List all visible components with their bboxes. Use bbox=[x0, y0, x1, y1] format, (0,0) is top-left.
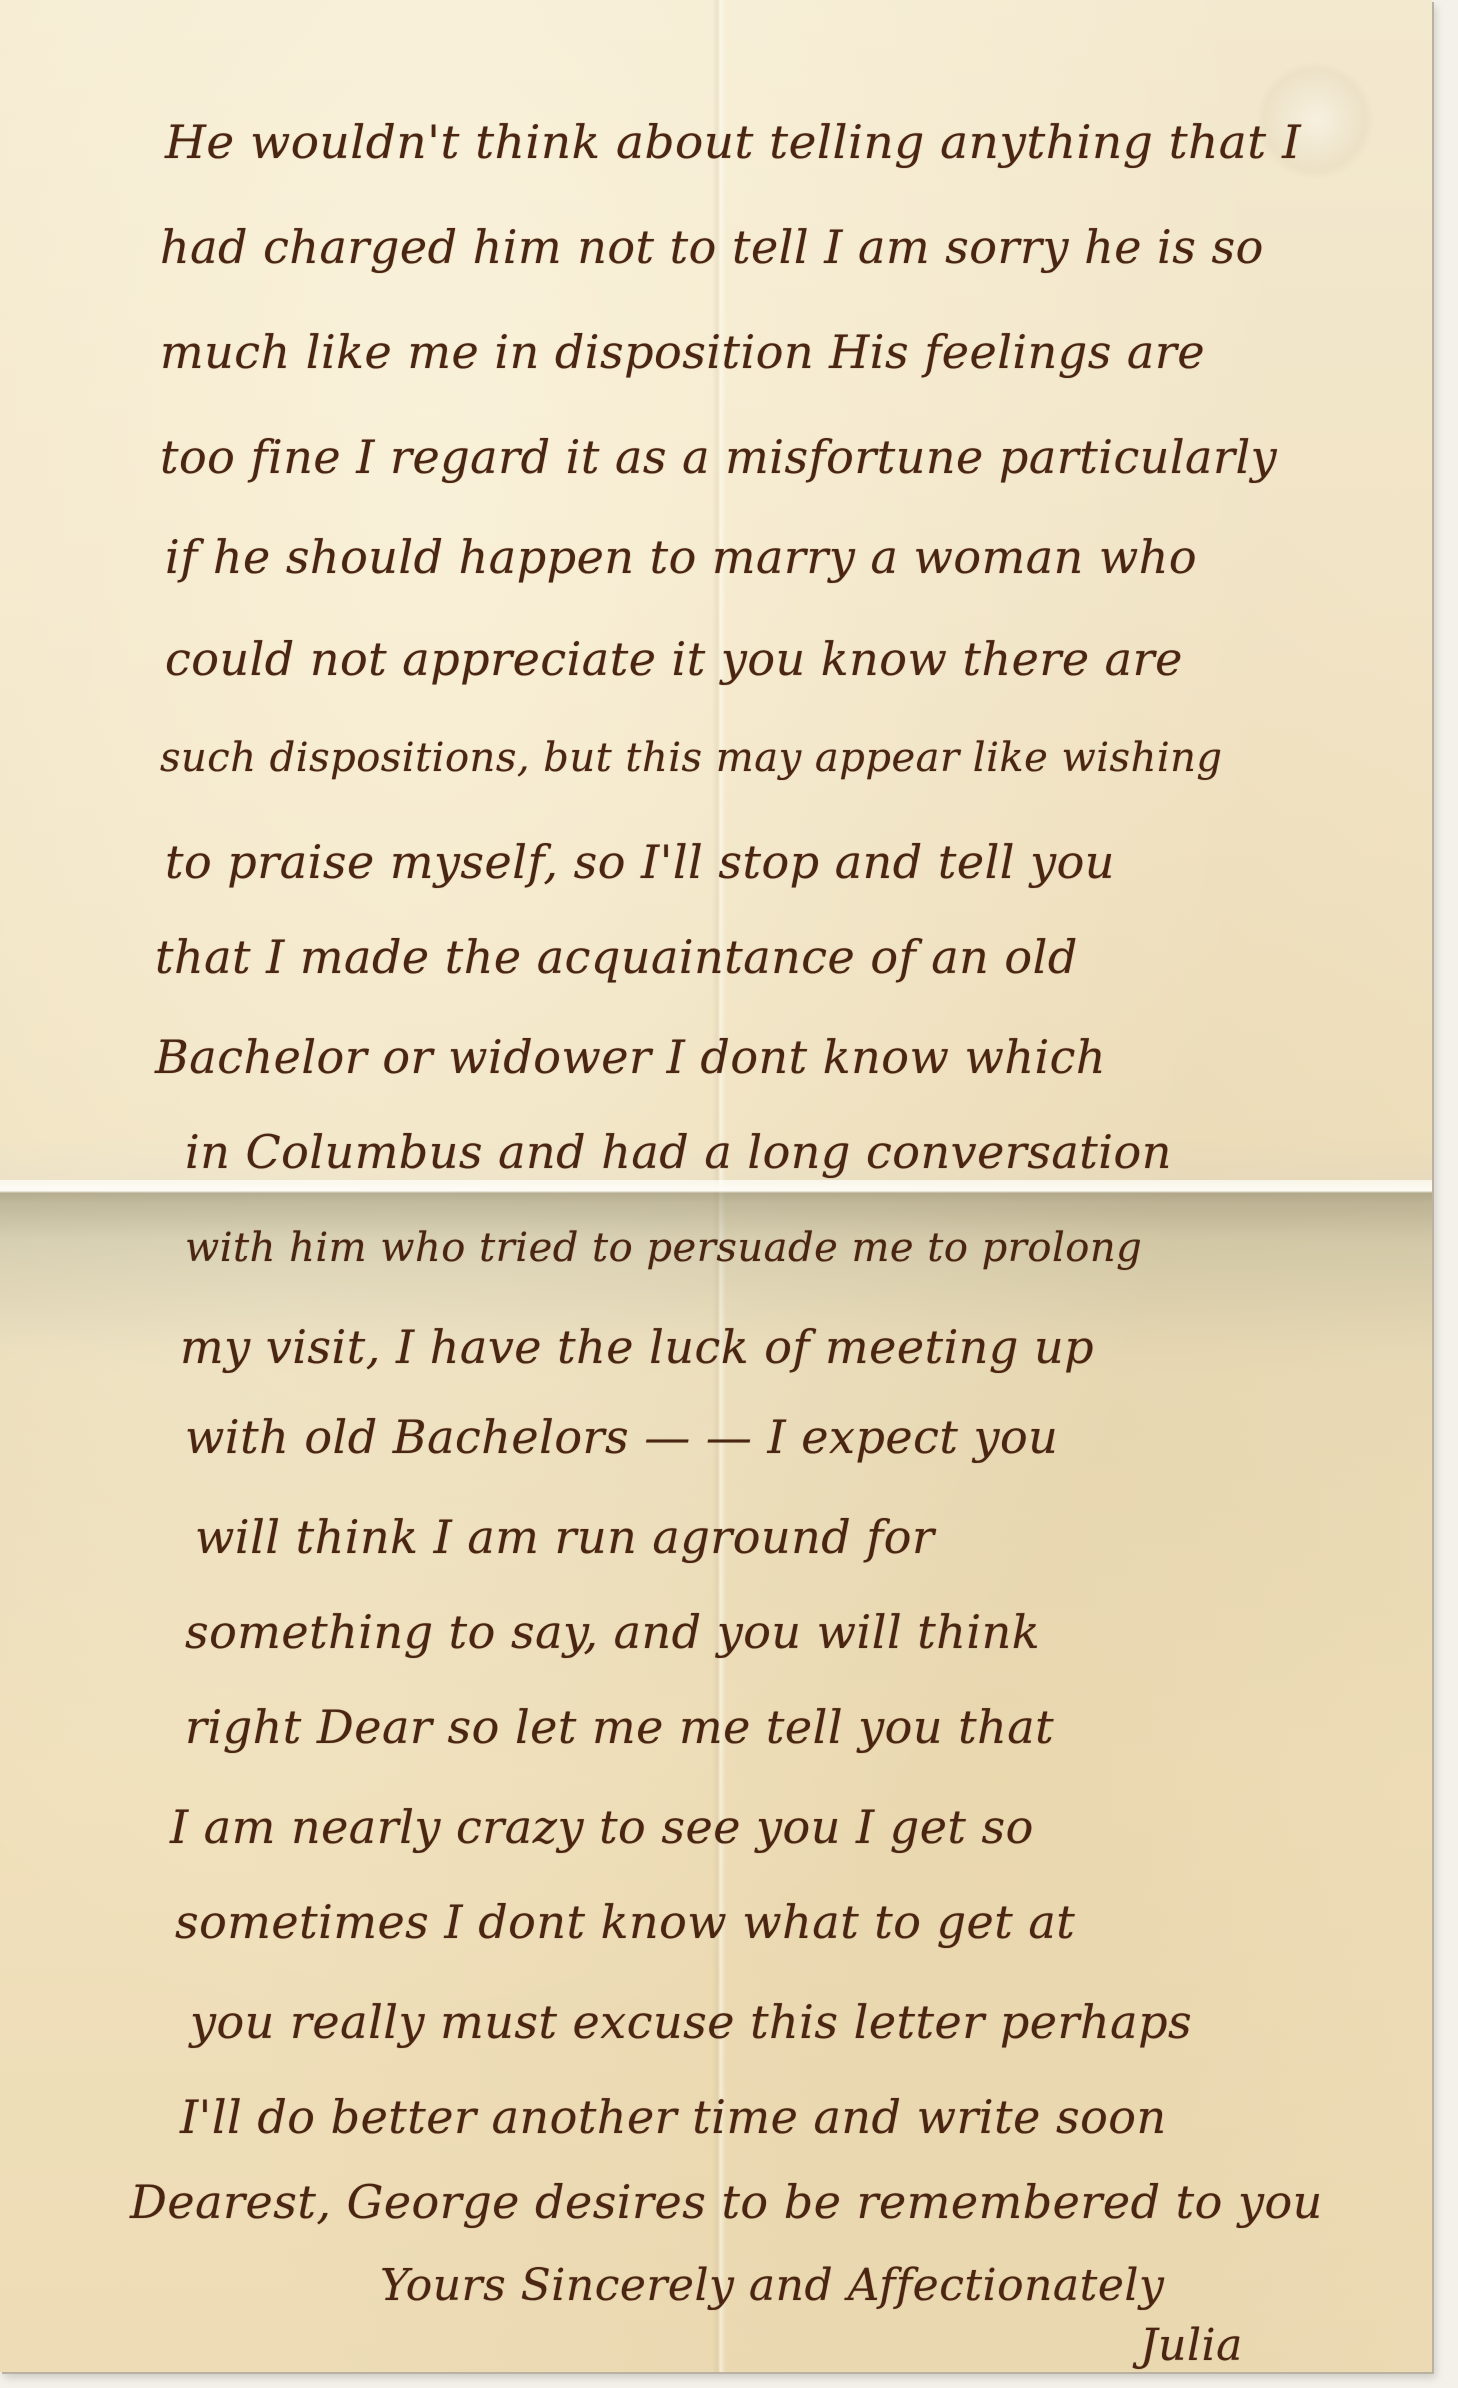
letter-line-1: He wouldn't think about telling anything… bbox=[165, 115, 1301, 169]
letter-line-4: too fine I regard it as a misfortune par… bbox=[160, 430, 1277, 484]
letter-page: He wouldn't think about telling anything… bbox=[0, 0, 1432, 2372]
letter-line-15: will think I am run aground for bbox=[195, 1510, 934, 1564]
letter-closing: Yours Sincerely and Affectionately bbox=[380, 2260, 1164, 2311]
letter-line-13: my visit, I have the luck of meeting up bbox=[180, 1320, 1094, 1374]
letter-line-8: to praise myself, so I'll stop and tell … bbox=[165, 835, 1115, 889]
letter-line-9: that I made the acquaintance of an old bbox=[155, 930, 1078, 984]
letter-line-16: something to say, and you will think bbox=[185, 1605, 1040, 1659]
letter-line-12: with him who tried to persuade me to pro… bbox=[185, 1225, 1142, 1271]
letter-signature: Julia bbox=[1140, 2320, 1243, 2371]
letter-line-6: could not appreciate it you know there a… bbox=[165, 632, 1183, 686]
letter-line-19: sometimes I dont know what to get at bbox=[175, 1895, 1075, 1949]
letter-line-18: I am nearly crazy to see you I get so bbox=[170, 1800, 1034, 1854]
letter-line-5: if he should happen to marry a woman who bbox=[165, 530, 1197, 584]
letter-line-21: I'll do better another time and write so… bbox=[180, 2090, 1167, 2144]
letter-line-20: you really must excuse this letter perha… bbox=[190, 1995, 1192, 2049]
letter-line-17: right Dear so let me me tell you that bbox=[185, 1700, 1054, 1754]
letter-line-11: in Columbus and had a long conversation bbox=[185, 1125, 1172, 1179]
letter-line-10: Bachelor or widower I dont know which bbox=[155, 1030, 1106, 1084]
letter-line-22: Dearest, George desires to be remembered… bbox=[130, 2175, 1323, 2229]
letter-line-14: with old Bachelors — — I expect you bbox=[185, 1410, 1058, 1464]
letter-line-2: had charged him not to tell I am sorry h… bbox=[160, 220, 1264, 274]
letter-line-3: much like me in disposition His feelings… bbox=[160, 325, 1205, 379]
letter-line-7: such dispositions, but this may appear l… bbox=[160, 735, 1223, 781]
